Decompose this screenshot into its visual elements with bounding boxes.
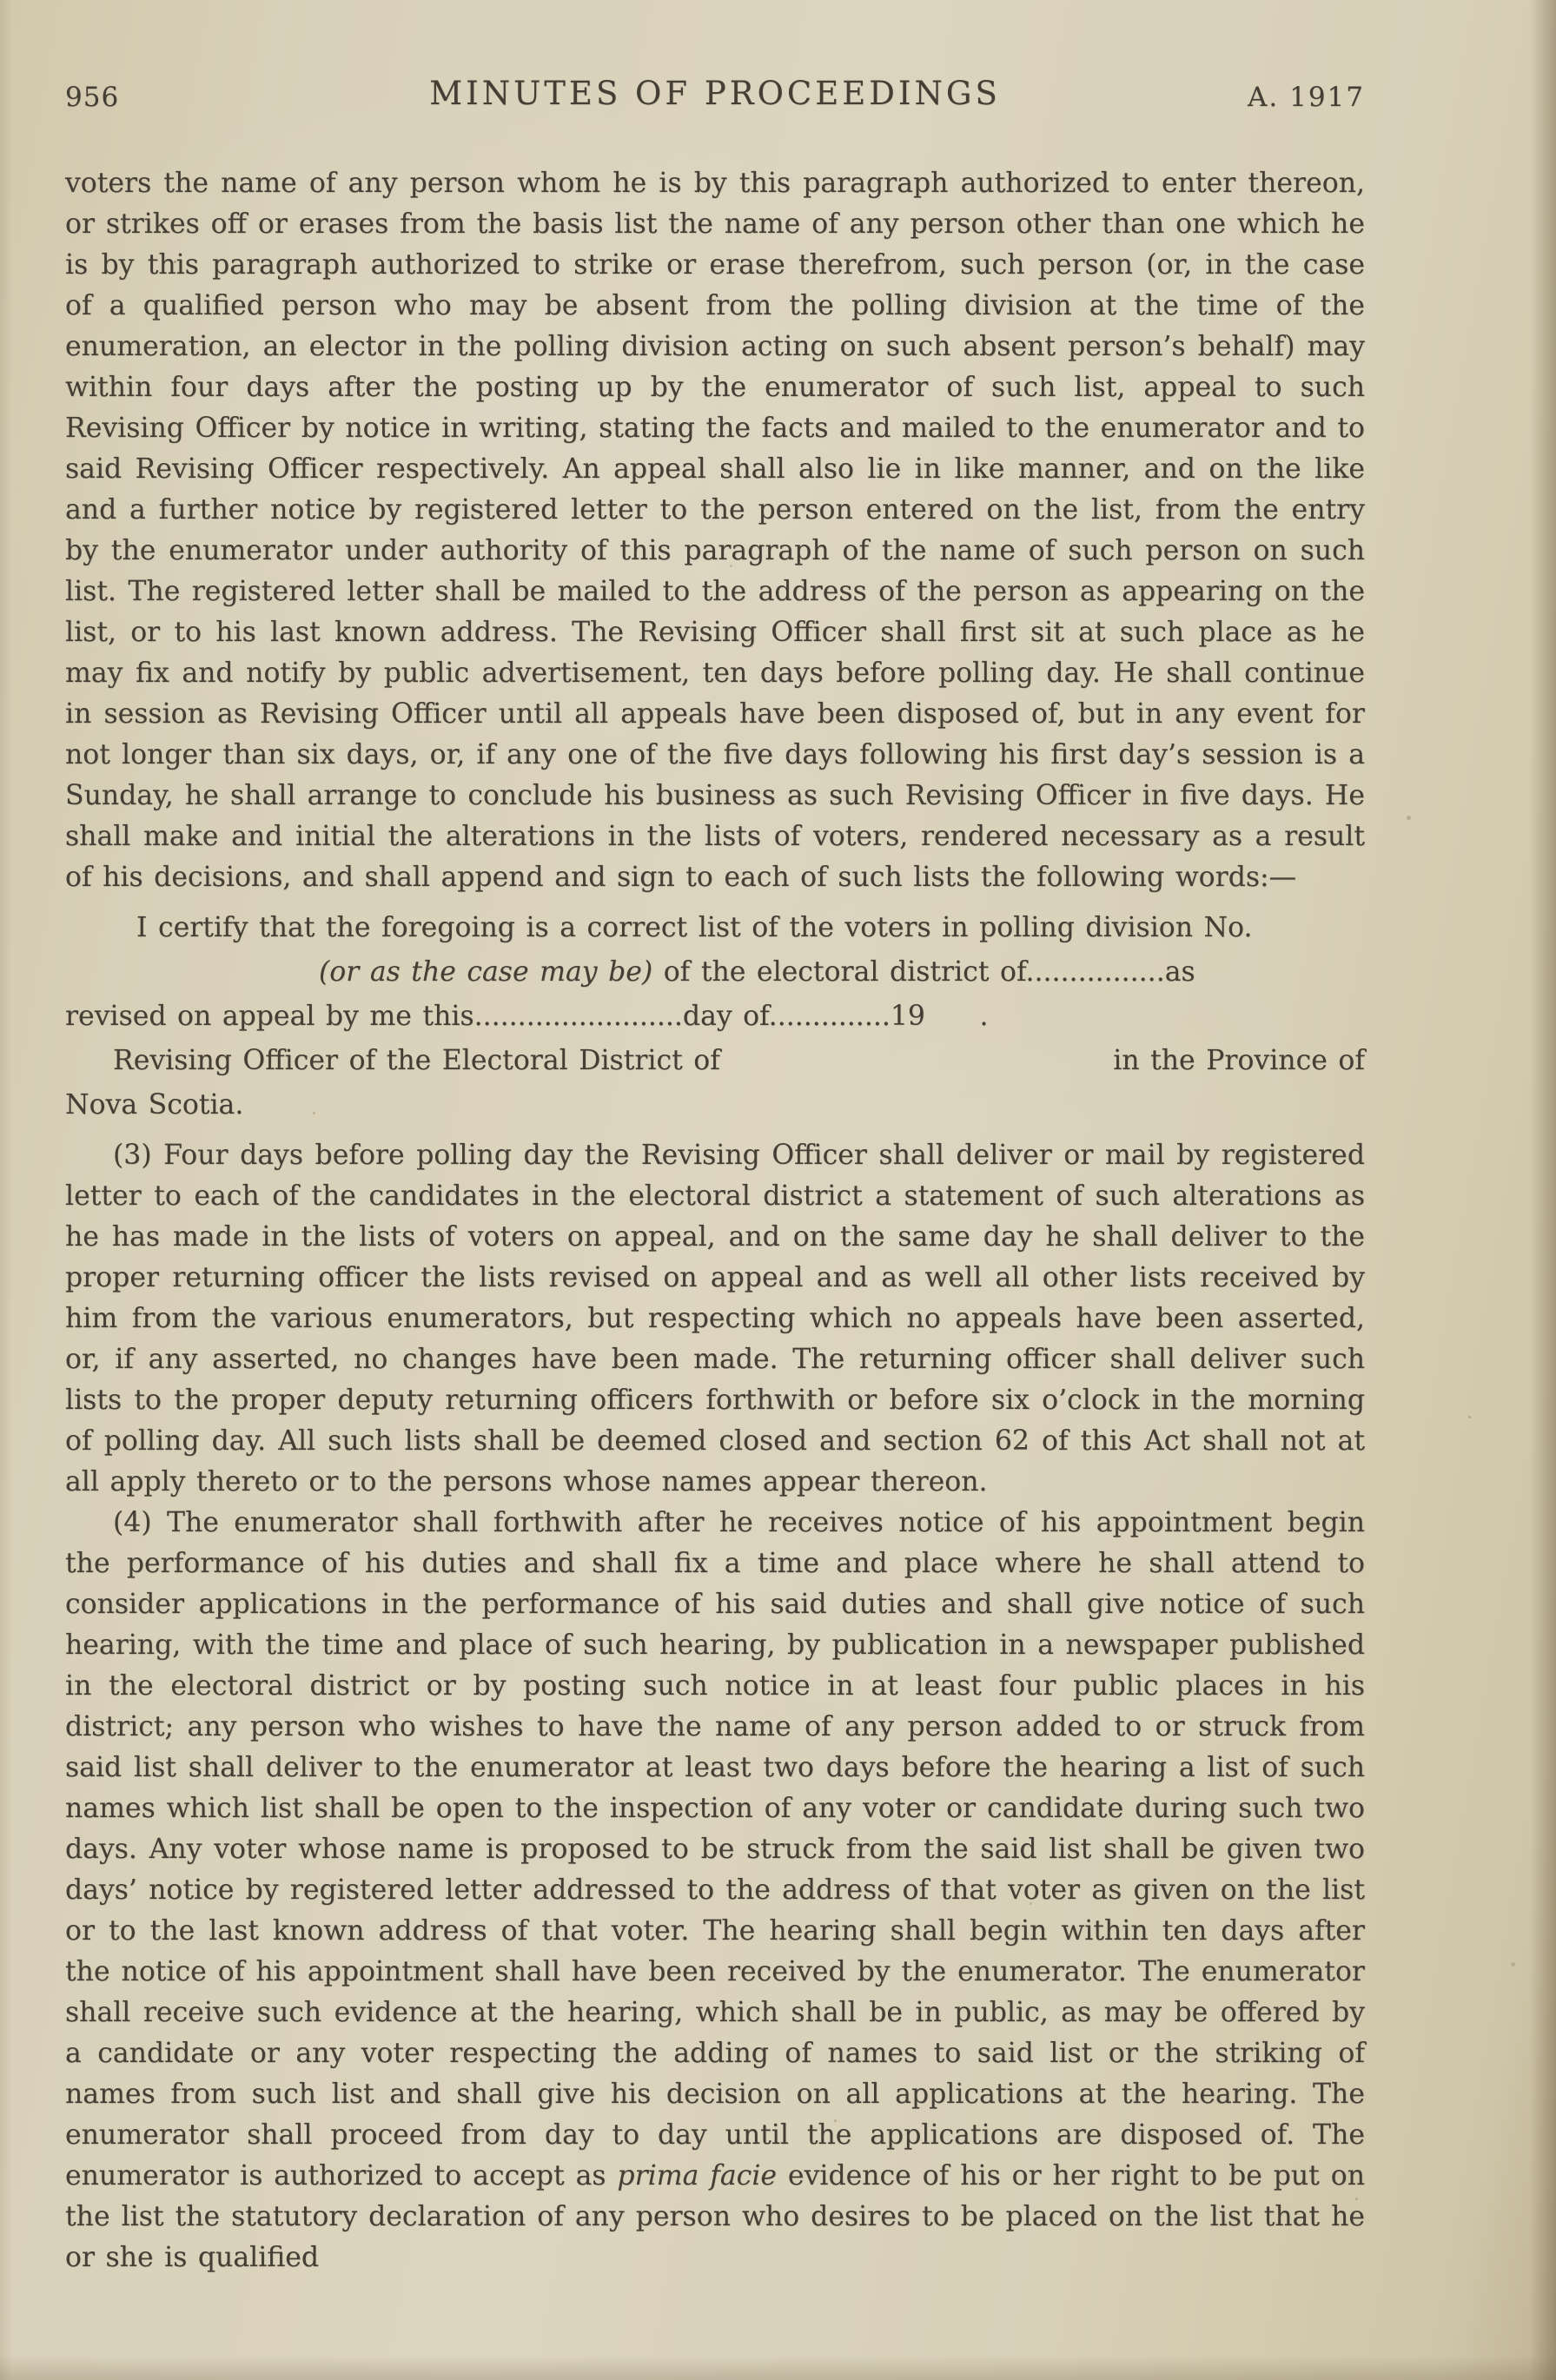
certificate-line-1-text: I certify that the foregoing is a correc… xyxy=(136,912,1253,943)
header-year-annotation: A. 1917 xyxy=(1248,82,1365,113)
paragraph-4: (4) The enumerator shall forthwith after… xyxy=(65,1503,1365,2278)
certificate-line-4: Revising Officer of the Electoral Distri… xyxy=(65,1039,1365,1083)
page-edge-shadow-right xyxy=(1530,0,1556,2380)
certificate-province-label: in the Province of xyxy=(1113,1039,1365,1083)
certificate-line-3-text: revised on appeal by me this............… xyxy=(65,1001,989,1032)
certificate-line-2-italic-text: (or as the case may be) xyxy=(319,956,652,988)
page-number: 956 xyxy=(65,82,119,113)
certificate-province-name: Nova Scotia. xyxy=(65,1089,243,1121)
certificate-line-3: revised on appeal by me this............… xyxy=(65,995,1365,1039)
paragraph-3: (3) Four days before polling day the Rev… xyxy=(65,1135,1365,1503)
certificate-line-5: Nova Scotia. xyxy=(65,1083,1365,1127)
page-title: MINUTES OF PROCEEDINGS xyxy=(429,75,1001,112)
certificate-line-2: (or as the case may be) of the electoral… xyxy=(65,950,1365,995)
paragraph-4-latin-phrase: prima facie xyxy=(617,2160,777,2192)
document-page: 956 MINUTES OF PROCEEDINGS A. 1917 voter… xyxy=(0,0,1556,2380)
certificate-block: I certify that the foregoing is a correc… xyxy=(65,906,1365,1127)
certificate-line-2-text: of the electoral district of............… xyxy=(652,956,1195,988)
paragraph-continuation-text: voters the name of any person whom he is… xyxy=(65,168,1365,893)
certificate-line-1: I certify that the foregoing is a correc… xyxy=(65,906,1365,950)
page-edge-shadow-bottom xyxy=(0,2356,1556,2380)
paragraph-continuation: voters the name of any person whom he is… xyxy=(65,163,1365,898)
paragraph-4-text-lead: (4) The enumerator shall forthwith after… xyxy=(65,1507,1365,2192)
paragraph-3-text: (3) Four days before polling day the Rev… xyxy=(65,1140,1365,1497)
certificate-signature-label: Revising Officer of the Electoral Distri… xyxy=(113,1039,720,1083)
text-block: voters the name of any person whom he is… xyxy=(65,163,1365,2278)
page-header: 956 MINUTES OF PROCEEDINGS A. 1917 xyxy=(65,73,1365,134)
page-edge-shadow-left xyxy=(0,0,12,2380)
